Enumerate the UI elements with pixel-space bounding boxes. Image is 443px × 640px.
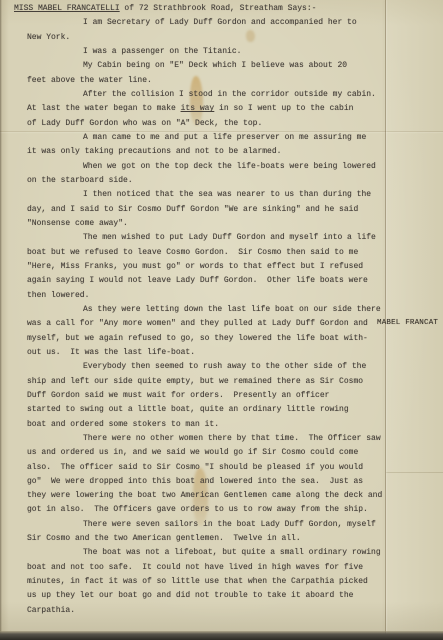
paragraph: As they were letting down the last life …	[27, 303, 393, 360]
paragraph: When we got on the top deck the life-boa…	[27, 160, 393, 189]
text-segment: boat but we refused to leave Cosmo Gordo…	[27, 248, 358, 257]
text-line: A man came to me and put a life preserve…	[27, 131, 393, 145]
text-segment: minutes, in fact it was of so little use…	[27, 577, 368, 586]
paragraph: The men wished to put Lady Duff Gordon a…	[27, 231, 393, 303]
text-segment: Everybody then seemed to rush away to th…	[83, 362, 366, 371]
text-segment: Duff Gordon said we must wait for orders…	[27, 391, 329, 400]
text-segment: out us. It was the last life-boat.	[27, 348, 195, 357]
text-line: also. The officer said to Sir Cosmo "I s…	[27, 461, 393, 475]
paragraph: I then noticed that the sea was nearer t…	[27, 188, 393, 231]
text-line: again saying I would not leave Lady Duff…	[27, 274, 393, 288]
text-segment: Carpathia.	[27, 606, 75, 615]
text-line: I was a passenger on the Titanic.	[27, 45, 393, 59]
text-line: "Nonsense come away".	[27, 217, 393, 231]
text-line: us and ordered us in, and we said we wou…	[27, 446, 393, 460]
text-segment: Sir Cosmo and the two American gentlemen…	[27, 534, 301, 543]
paragraph: My Cabin being on "E" Deck which I belie…	[27, 59, 393, 88]
text-line: out us. It was the last life-boat.	[27, 346, 393, 360]
text-line: When we got on the top deck the life-boa…	[27, 160, 393, 174]
text-line: boat and not too safe. It could not have…	[27, 561, 393, 575]
text-segment: The men wished to put Lady Duff Gordon a…	[83, 233, 376, 242]
text-segment: it was only taking precautions and not t…	[27, 147, 281, 156]
text-segment: on the starboard side.	[27, 176, 133, 185]
text-line: Everybody then seemed to rush away to th…	[27, 360, 393, 374]
text-line: At last the water began to make its way …	[27, 102, 393, 116]
text-segment: There were no other women there by that …	[83, 434, 381, 443]
margin-annotation: MABEL FRANCAT	[377, 319, 438, 327]
text-line: they were lowering the boat two American…	[27, 489, 393, 503]
text-segment: they were lowering the boat two American…	[27, 491, 382, 500]
scanned-document-page: { "page": { "paper_color": "#d8d2b7", "i…	[0, 0, 443, 640]
text-segment: When we got on the top deck the life-boa…	[83, 162, 376, 171]
text-line: Carpathia.	[27, 604, 393, 618]
paragraph: Everybody then seemed to rush away to th…	[27, 360, 393, 432]
document-heading: MISS MABEL FRANCATELLI of 72 Strathbrook…	[14, 2, 393, 16]
text-line: on the starboard side.	[27, 174, 393, 188]
text-line: I then noticed that the sea was nearer t…	[27, 188, 393, 202]
text-segment: of 72 Strathbrook Road, Streatham Says:-	[120, 4, 317, 13]
text-segment: A man came to me and put a life preserve…	[83, 133, 366, 142]
text-segment: also. The officer said to Sir Cosmo "I s…	[27, 463, 363, 472]
text-segment: go" We were dropped into this boat and l…	[27, 477, 363, 486]
text-segment: again saying I would not leave Lady Duff…	[27, 276, 368, 285]
text-line: The boat was not a lifeboat, but quite a…	[27, 546, 393, 560]
text-line: As they were letting down the last life …	[27, 303, 393, 317]
text-segment: As they were letting down the last life …	[83, 305, 381, 314]
text-segment: started to swing out a little boat, quit…	[27, 405, 349, 414]
text-segment: ship and left our side quite empty, but …	[27, 377, 363, 386]
text-segment: then lowered.	[27, 291, 89, 300]
page-bottom-edge-shadow	[0, 631, 443, 640]
text-segment: boat and ordered some stokers to man it.	[27, 420, 219, 429]
text-segment: I then noticed that the sea was nearer t…	[83, 190, 371, 199]
text-line: it was only taking precautions and not t…	[27, 145, 393, 159]
text-line: Sir Cosmo and the two American gentlemen…	[27, 532, 393, 546]
text-line: There were no other women there by that …	[27, 432, 393, 446]
text-segment: of Lady Duff Gordon who was on "A" Deck,…	[27, 119, 262, 128]
text-line: got in also. The Officers gave orders to…	[27, 503, 393, 517]
typewritten-text: MISS MABEL FRANCATELLI of 72 Strathbrook…	[27, 2, 393, 618]
text-line: My Cabin being on "E" Deck which I belie…	[27, 59, 393, 73]
text-segment: New York.	[27, 33, 70, 42]
text-line: The men wished to put Lady Duff Gordon a…	[27, 231, 393, 245]
paragraph: The boat was not a lifeboat, but quite a…	[27, 546, 393, 618]
text-line: Duff Gordon said we must wait for orders…	[27, 389, 393, 403]
underlined-text: MISS MABEL FRANCATELLI	[14, 4, 120, 13]
text-line: then lowered.	[27, 289, 393, 303]
text-segment: us up they let our boat go and did not t…	[27, 591, 353, 600]
text-segment: I am Secretary of Lady Duff Gordon and a…	[83, 18, 357, 27]
text-line: boat but we refused to leave Cosmo Gordo…	[27, 246, 393, 260]
text-line: us up they let our boat go and did not t…	[27, 589, 393, 603]
text-segment: My Cabin being on "E" Deck which I belie…	[83, 61, 347, 70]
text-line: of Lady Duff Gordon who was on "A" Deck,…	[27, 117, 393, 131]
text-segment: "Here, Miss Franks, you must go" or word…	[27, 262, 363, 271]
text-line: "Here, Miss Franks, you must go" or word…	[27, 260, 393, 274]
text-segment: day, and I said to Sir Cosmo Duff Gordon…	[27, 205, 358, 214]
text-line: New York.	[27, 31, 393, 45]
text-segment: "Nonsense come away".	[27, 219, 128, 228]
text-segment: I was a passenger on the Titanic.	[83, 47, 241, 56]
text-segment: was a call for "Any more women" and they…	[27, 319, 368, 328]
text-line: was a call for "Any more women" and they…	[27, 317, 393, 331]
paragraph: A man came to me and put a life preserve…	[27, 131, 393, 160]
text-segment: feet above the water line.	[27, 76, 152, 85]
text-line: started to swing out a little boat, quit…	[27, 403, 393, 417]
text-line: boat and ordered some stokers to man it.	[27, 418, 393, 432]
horizontal-crease-right	[386, 472, 443, 473]
text-line: I am Secretary of Lady Duff Gordon and a…	[27, 16, 393, 30]
text-line: There were seven sailors in the boat Lad…	[27, 518, 393, 532]
text-segment: At last the water began to make	[27, 104, 181, 113]
paragraph: There were no other women there by that …	[27, 432, 393, 518]
text-line: minutes, in fact it was of so little use…	[27, 575, 393, 589]
text-line: After the collision I stood in the corri…	[27, 88, 393, 102]
text-segment: got in also. The Officers gave orders to…	[27, 505, 368, 514]
paragraph: There were seven sailors in the boat Lad…	[27, 518, 393, 547]
text-line: go" We were dropped into this boat and l…	[27, 475, 393, 489]
text-segment: boat and not too safe. It could not have…	[27, 563, 363, 572]
page-left-edge-shadow	[0, 0, 2, 640]
text-line: feet above the water line.	[27, 74, 393, 88]
document-body: I am Secretary of Lady Duff Gordon and a…	[27, 16, 393, 618]
text-segment: After the collision I stood in the corri…	[83, 90, 376, 99]
paragraph: I was a passenger on the Titanic.	[27, 45, 393, 59]
text-segment: us and ordered us in, and we said we wou…	[27, 448, 358, 457]
underlined-text: its way	[181, 104, 215, 113]
text-segment: in so I went up to the cabin	[214, 104, 353, 113]
text-segment: myself, but we again refused to go, so t…	[27, 334, 368, 343]
paragraph: After the collision I stood in the corri…	[27, 88, 393, 131]
text-segment: There were seven sailors in the boat Lad…	[83, 520, 376, 529]
text-segment: The boat was not a lifeboat, but quite a…	[83, 548, 381, 557]
text-line: day, and I said to Sir Cosmo Duff Gordon…	[27, 203, 393, 217]
text-line: myself, but we again refused to go, so t…	[27, 332, 393, 346]
paragraph: I am Secretary of Lady Duff Gordon and a…	[27, 16, 393, 45]
text-line: ship and left our side quite empty, but …	[27, 375, 393, 389]
